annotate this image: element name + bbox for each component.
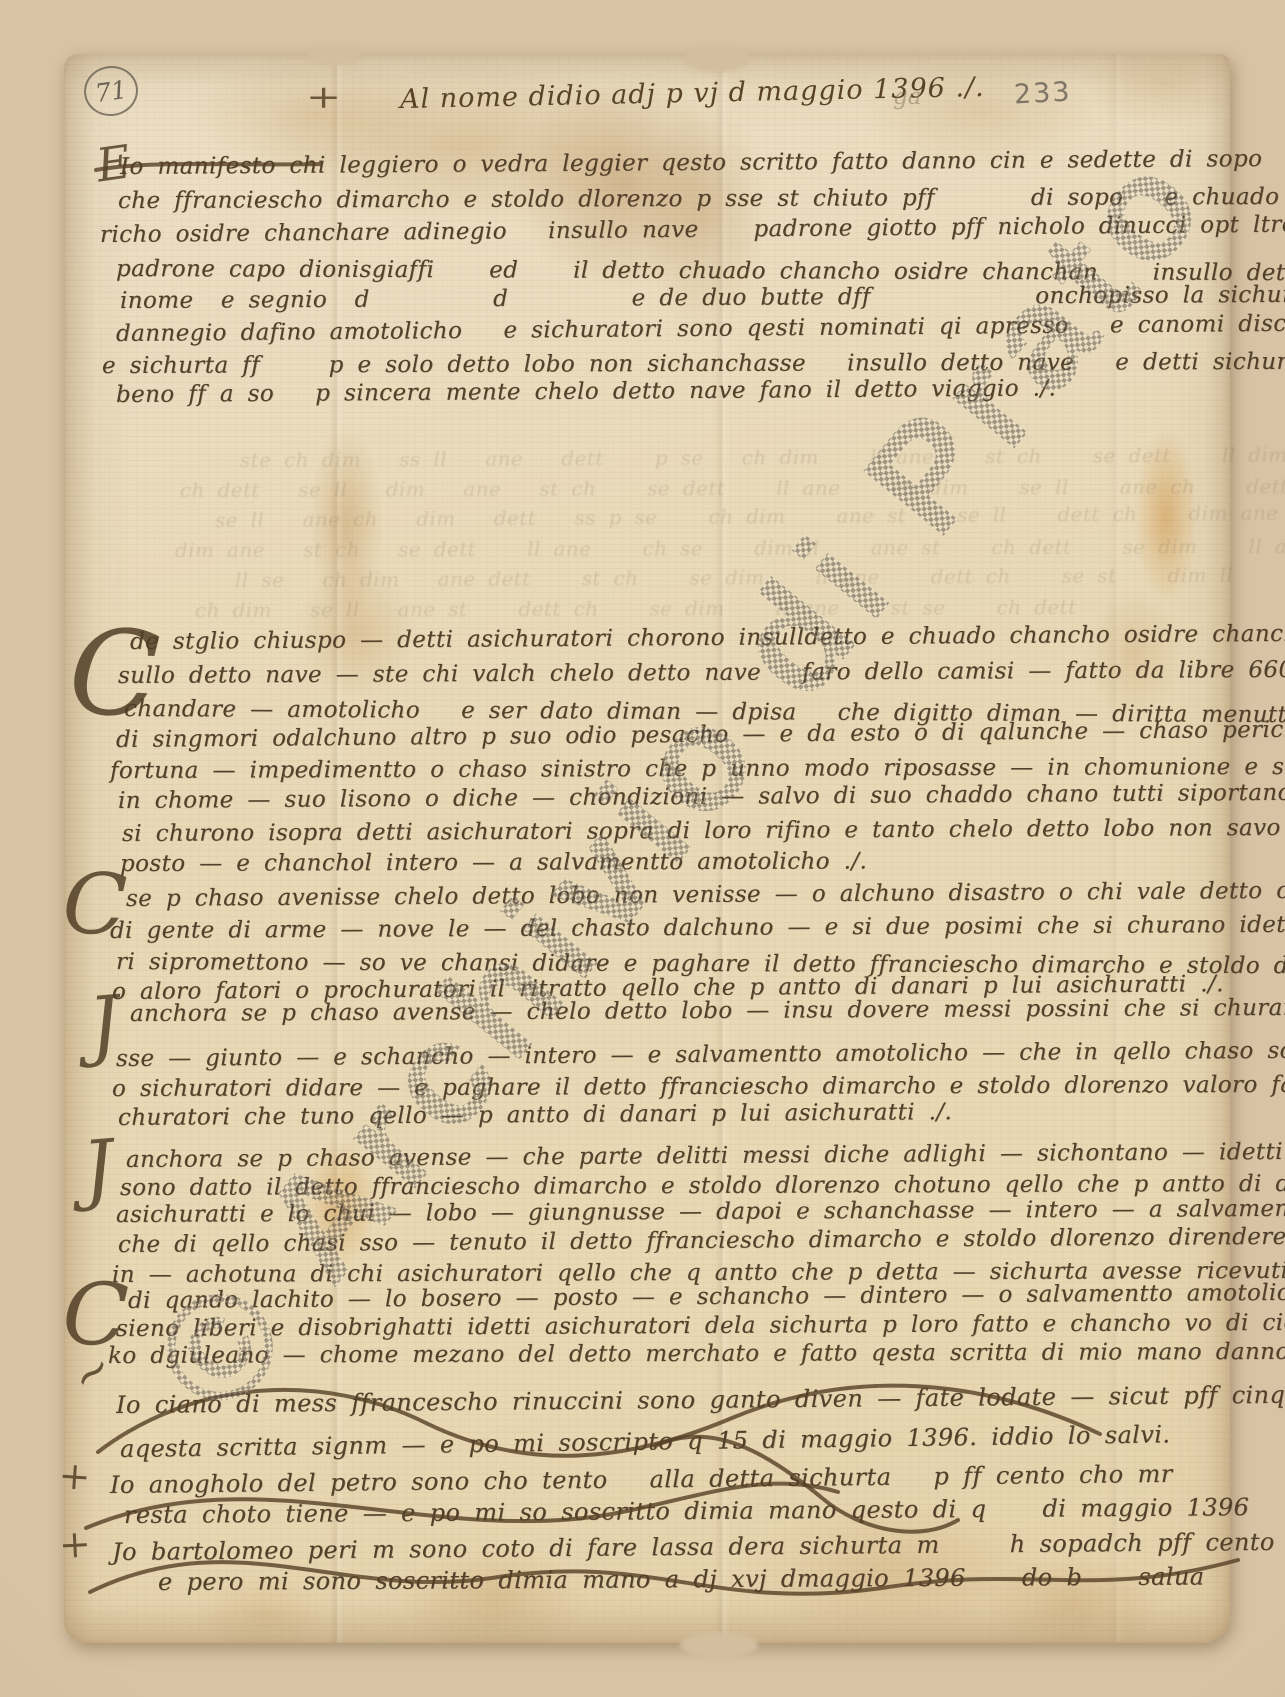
folio-number: 71 <box>93 74 129 107</box>
paragraph-capital: J <box>86 989 122 1060</box>
edge-notch-bottom <box>680 1632 758 1658</box>
document-scan-stage: 71 + Al nome didio adj p vj d maggio 139… <box>0 0 1285 1697</box>
manuscript-line-p4-1: anchora se p chaso avense — chelo detto … <box>130 993 1285 1028</box>
signature-cross: + <box>58 1526 92 1562</box>
manuscript-line-p4-4: churatori che tuno qello — p antto di da… <box>118 1098 952 1133</box>
edge-notch-top-center <box>684 46 750 72</box>
bleedthrough-line-6: ch dim se ll ane st dett ch se dim ll an… <box>195 595 1077 623</box>
paragraph-capital: E <box>94 141 133 187</box>
manuscript-line-p4-2: sse — giunto — e schancho — intero — e s… <box>116 1035 1285 1073</box>
signature-cross: + <box>58 1458 92 1494</box>
bleedthrough-line-4: dim ane st ch se dett ll ane ch se dim l… <box>175 534 1285 563</box>
paragraph-capital: C <box>61 1276 129 1356</box>
manuscript-line-p4-3: o sichuratori didare — e paghare il dett… <box>112 1071 1285 1104</box>
manuscript-line-p3-2: di gente di arme — nove le — del chasto … <box>110 910 1285 946</box>
bleedthrough-line-1: ste ch dim ss ll ane dett p se ch dim ll… <box>240 442 1285 473</box>
bleedthrough-line-3: se ll ane ch dim dett ss p se ch dim ane… <box>215 500 1285 533</box>
paragraph-capital: C <box>66 618 162 729</box>
manuscript-line-p9-2: e pero mi sono soscritto dimia mano a dj… <box>158 1562 1205 1597</box>
bleedthrough-line-2: ch dett se ll dim ane st ch se dett ll a… <box>180 474 1285 503</box>
ink-smudge-mark: ga <box>893 84 921 110</box>
page-number: 233 <box>1013 77 1072 111</box>
manuscript-line-p9-1: Jo bartolomeo peri m sono coto di fare l… <box>112 1527 1285 1567</box>
edge-notch-top-left <box>308 45 362 65</box>
header-cross: + <box>306 78 341 115</box>
paragraph-capital: J <box>80 1133 116 1204</box>
manuscript-line-p7-2: aqesta scritta signm — e po mi soscripto… <box>120 1419 1171 1464</box>
paragraph-capital: C <box>61 866 128 944</box>
